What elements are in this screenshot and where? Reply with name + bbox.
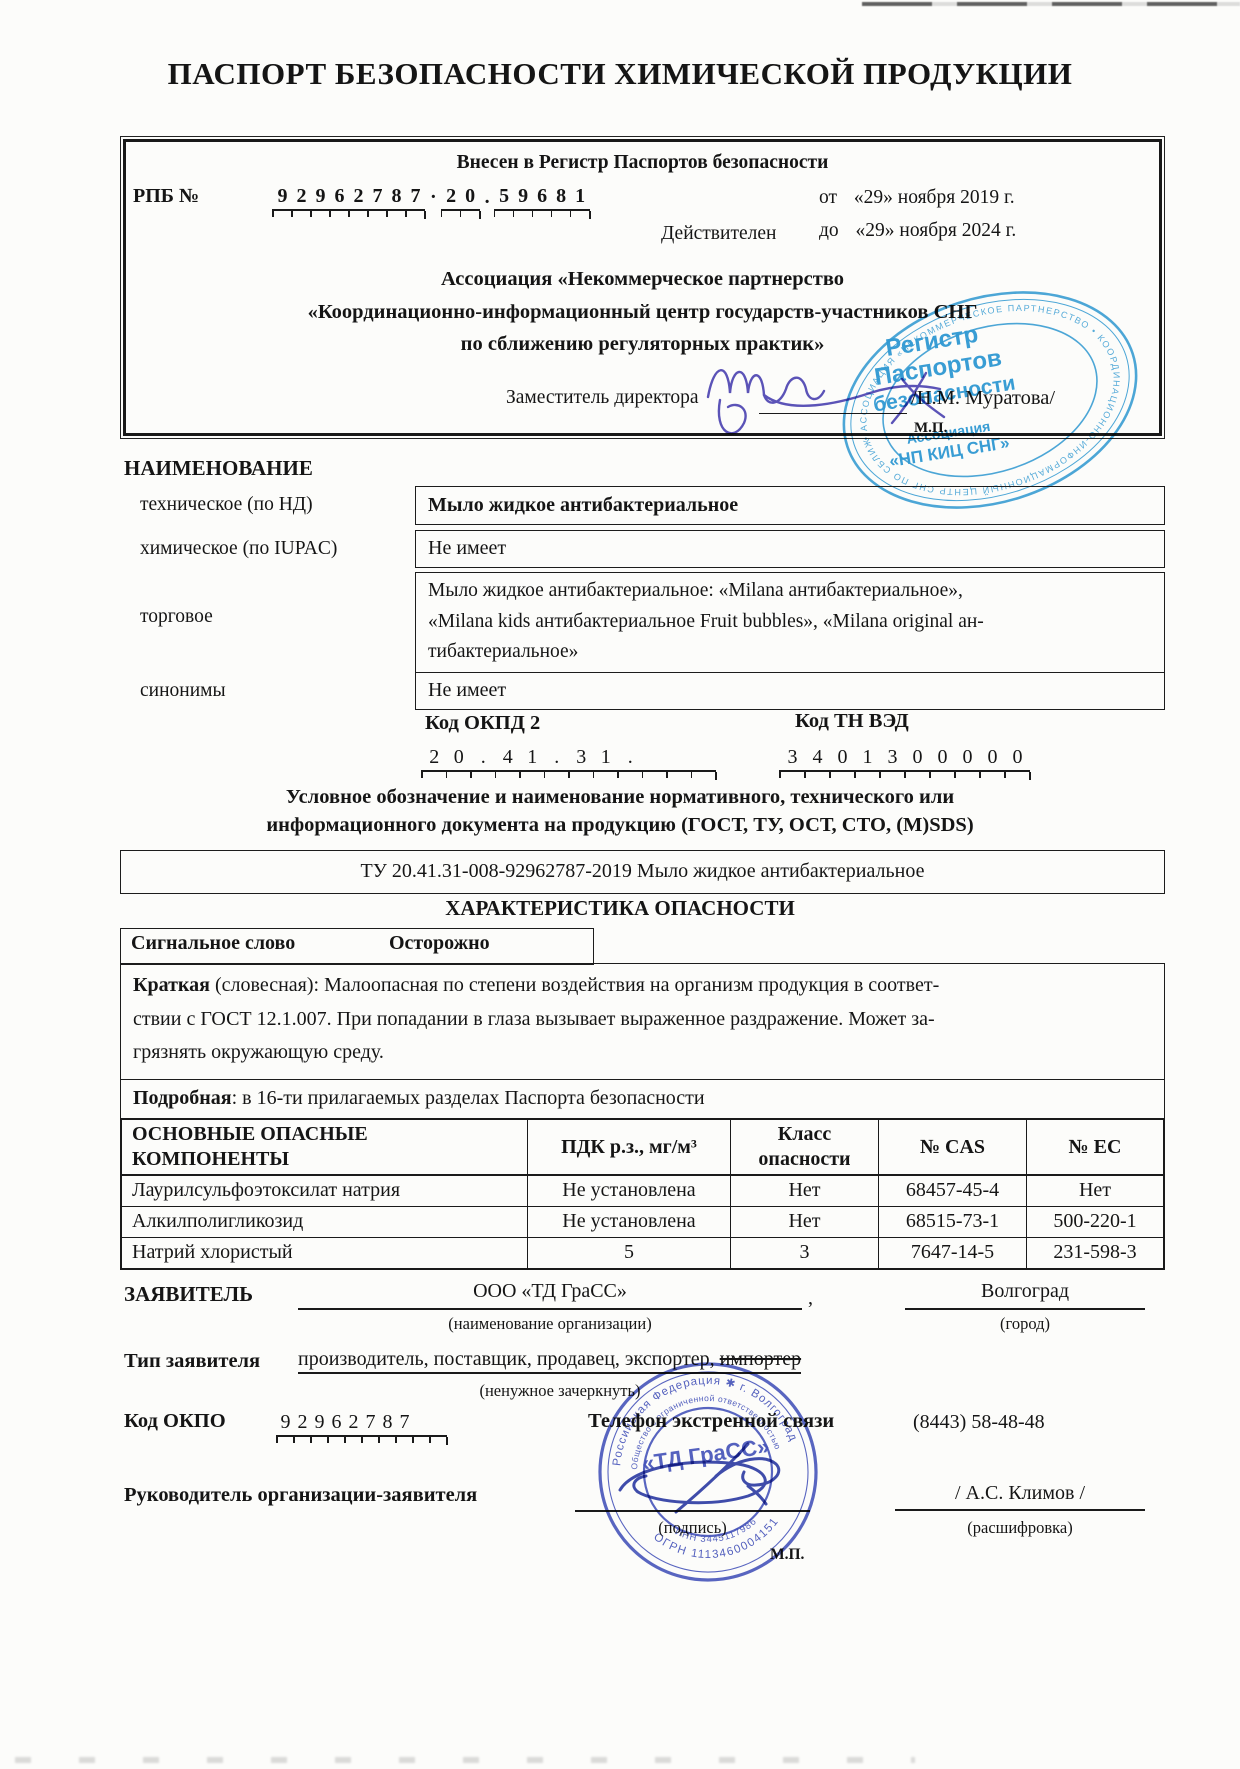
comb-cell: 2 bbox=[345, 1407, 362, 1437]
table-header-ec: № ЕС bbox=[1027, 1120, 1163, 1176]
docref-heading-line: информационного документа на продукцию (… bbox=[0, 814, 1240, 837]
table-cell: Не установлена bbox=[528, 1207, 731, 1238]
applicant-type-label: Тип заявителя bbox=[124, 1350, 260, 1373]
comb-cell: 0 bbox=[461, 181, 480, 211]
okpo-code-field: 92962787 bbox=[277, 1407, 447, 1437]
comb-cell: 1 bbox=[855, 742, 880, 772]
signal-word-box: Сигнальное слово Осторожно bbox=[120, 928, 594, 965]
comb-cell: 9 bbox=[273, 181, 292, 211]
signal-word-value: Осторожно bbox=[389, 932, 490, 955]
comb-cell: 8 bbox=[379, 1407, 396, 1437]
okpo-code-label: Код ОКПО bbox=[124, 1410, 226, 1433]
naming-value-synonyms: Не имеет bbox=[416, 673, 1164, 708]
naming-value-trade-line: Мыло жидкое антибактериальное: «Milana а… bbox=[416, 576, 1164, 607]
comb-cell: 6 bbox=[328, 1407, 345, 1437]
rpb-number-group-2: 20 bbox=[442, 181, 480, 211]
hazard-heading: ХАРАКТЕРИСТИКА ОПАСНОСТИ bbox=[0, 896, 1240, 921]
naming-value-technical: Мыло жидкое антибактериальное bbox=[416, 487, 1164, 523]
table-cell: Натрий хлористый bbox=[122, 1238, 528, 1268]
table-cell: Лаурилсульфоэтоксилат натрия bbox=[122, 1176, 528, 1207]
comb-cell: 9 bbox=[514, 181, 533, 211]
deputy-signature bbox=[690, 345, 990, 465]
okpd-code-label: Код ОКПД 2 bbox=[425, 712, 540, 735]
table-cell: Нет bbox=[731, 1176, 879, 1207]
hazard-brief-text: (словесная): Малоопасная по степени возд… bbox=[210, 974, 939, 996]
issued-date: «29» ноября 2019 г. bbox=[854, 187, 1015, 208]
hazard-brief-line: грязнять окружающую среду. bbox=[133, 1036, 1152, 1070]
comb-cell bbox=[413, 1407, 430, 1437]
comb-cell: . bbox=[618, 742, 643, 772]
naming-value-trade-line: «Milana kids антибактериальное Fruit bub… bbox=[416, 607, 1164, 638]
naming-label-chemical: химическое (по IUPAC) bbox=[140, 538, 337, 560]
emergency-phone-value: (8443) 58-48-48 bbox=[913, 1411, 1045, 1434]
okpd-code-field: 20.41.31. bbox=[422, 742, 716, 772]
rpb-number-group-3: 59681 bbox=[495, 181, 590, 211]
naming-value-chemical: Не имеет bbox=[416, 531, 1164, 566]
issued-prefix: от bbox=[819, 187, 837, 209]
table-cell: Алкилполигликозид bbox=[122, 1207, 528, 1238]
comb-cell: 2 bbox=[422, 742, 447, 772]
comb-cell: 7 bbox=[396, 1407, 413, 1437]
comb-cell: 0 bbox=[830, 742, 855, 772]
head-signature bbox=[598, 1428, 828, 1538]
comb-cell: 1 bbox=[571, 181, 590, 211]
comb-cell: 2 bbox=[442, 181, 461, 211]
applicant-label: ЗАЯВИТЕЛЬ bbox=[124, 1282, 253, 1307]
naming-value-trade-line: тибактериальное» bbox=[416, 637, 1164, 668]
hazard-brief-line: ствии с ГОСТ 12.1.007. При попадании в г… bbox=[133, 1003, 1152, 1037]
comb-cell: 1 bbox=[594, 742, 619, 772]
valid-label: Действителен bbox=[661, 223, 776, 245]
comb-cell: 0 bbox=[905, 742, 930, 772]
table-header-hazard-class: Класс опасности bbox=[731, 1120, 879, 1176]
comb-cell: 7 bbox=[406, 181, 425, 211]
rpb-separator: · bbox=[430, 186, 437, 209]
comb-cell: 9 bbox=[311, 181, 330, 211]
comb-cell: 3 bbox=[880, 742, 905, 772]
table-header-cas: № CAS bbox=[879, 1120, 1027, 1176]
hazard-brief-line: Краткая (словесная): Малоопасная по степ… bbox=[133, 969, 1152, 1003]
rpb-number-label: РПБ № bbox=[133, 185, 199, 208]
signal-word-label: Сигнальное слово bbox=[131, 932, 295, 955]
table-cell: 3 bbox=[731, 1238, 879, 1268]
rpb-separator: . bbox=[485, 186, 490, 209]
naming-label-synonyms: синонимы bbox=[140, 680, 226, 702]
deputy-director-label: Заместитель директора bbox=[506, 387, 699, 409]
comb-cell: 4 bbox=[496, 742, 521, 772]
document-page: ПАСПОРТ БЕЗОПАСНОСТИ ХИМИЧЕСКОЙ ПРОДУКЦИ… bbox=[0, 0, 1240, 1769]
issued-date-row: от «29» ноября 2019 г. bbox=[819, 187, 1015, 209]
naming-field-trade: Мыло жидкое антибактериальное: «Milana а… bbox=[415, 572, 1165, 673]
comb-cell: 2 bbox=[349, 181, 368, 211]
tnved-code-field: 3401300000 bbox=[780, 742, 1030, 772]
table-cell: 231-598-3 bbox=[1027, 1238, 1163, 1268]
valid-date-row: до «29» ноября 2024 г. bbox=[819, 220, 1016, 242]
registry-heading: Внесен в Регистр Паспортов безопасности bbox=[121, 152, 1164, 174]
table-header-pdk: ПДК р.з., мг/м³ bbox=[528, 1120, 731, 1176]
comb-cell: 0 bbox=[955, 742, 980, 772]
components-table: ОСНОВНЫЕ ОПАСНЫЕ КОМПОНЕНТЫ ПДК р.з., мг… bbox=[120, 1118, 1165, 1270]
comb-cell: 6 bbox=[533, 181, 552, 211]
docref-heading-line: Условное обозначение и наименование норм… bbox=[0, 786, 1240, 809]
head-name: / А.С. Климов / bbox=[895, 1482, 1145, 1511]
tnved-code-label: Код ТН ВЭД bbox=[795, 710, 909, 733]
city-caption: (город) bbox=[905, 1314, 1145, 1334]
comb-cell: 7 bbox=[368, 181, 387, 211]
applicant-comma: , bbox=[808, 1287, 813, 1310]
naming-field-synonyms: Не имеет bbox=[415, 672, 1165, 710]
table-cell: 7647-14-5 bbox=[879, 1238, 1027, 1268]
hazard-detailed: Подробная: в 16-ти прилагаемых разделах … bbox=[121, 1080, 1164, 1118]
comb-cell: 9 bbox=[277, 1407, 294, 1437]
rpb-number-group-1: 92962787 bbox=[273, 181, 425, 211]
valid-date: «29» ноября 2024 г. bbox=[856, 220, 1017, 241]
table-cell: 500-220-1 bbox=[1027, 1207, 1163, 1238]
comb-cell: 6 bbox=[330, 181, 349, 211]
table-cell: Нет bbox=[1027, 1176, 1163, 1207]
comb-cell bbox=[430, 1407, 447, 1437]
hazard-brief-label: Краткая bbox=[133, 974, 210, 996]
comb-cell: 3 bbox=[780, 742, 805, 772]
naming-field-technical: Мыло жидкое антибактериальное bbox=[415, 486, 1165, 525]
naming-field-chemical: Не имеет bbox=[415, 530, 1165, 568]
comb-cell: . bbox=[545, 742, 570, 772]
comb-cell: 0 bbox=[980, 742, 1005, 772]
comb-cell bbox=[667, 742, 692, 772]
page-title: ПАСПОРТ БЕЗОПАСНОСТИ ХИМИЧЕСКОЙ ПРОДУКЦИ… bbox=[0, 56, 1240, 92]
docref-value-box: ТУ 20.41.31-008-92962787-2019 Мыло жидко… bbox=[120, 850, 1165, 894]
table-cell: Нет bbox=[731, 1207, 879, 1238]
comb-cell bbox=[643, 742, 668, 772]
applicant-city: Волгоград bbox=[905, 1280, 1145, 1310]
comb-cell: 8 bbox=[387, 181, 406, 211]
rpb-number-field: 92962787 · 20 . 59681 bbox=[273, 181, 590, 211]
comb-cell: 0 bbox=[930, 742, 955, 772]
comb-cell: 8 bbox=[552, 181, 571, 211]
comb-cell: 7 bbox=[362, 1407, 379, 1437]
comb-cell: 2 bbox=[294, 1407, 311, 1437]
name-caption: (расшифровка) bbox=[895, 1518, 1145, 1538]
valid-prefix: до bbox=[819, 220, 839, 242]
table-cell: Не установлена bbox=[528, 1176, 731, 1207]
hazard-detailed-label: Подробная bbox=[133, 1087, 232, 1109]
comb-cell: 3 bbox=[569, 742, 594, 772]
scan-artifact-bottom bbox=[15, 1757, 915, 1763]
comb-cell: 5 bbox=[495, 181, 514, 211]
comb-cell: 1 bbox=[520, 742, 545, 772]
naming-heading: НАИМЕНОВАНИЕ bbox=[124, 456, 313, 481]
hazard-brief: Краткая (словесная): Малоопасная по степ… bbox=[121, 964, 1164, 1080]
comb-cell: 4 bbox=[805, 742, 830, 772]
applicant-organization: ООО «ТД ГраСС» bbox=[298, 1280, 802, 1310]
comb-cell: 0 bbox=[1005, 742, 1030, 772]
table-cell: 68515-73-1 bbox=[879, 1207, 1027, 1238]
comb-cell bbox=[692, 742, 717, 772]
naming-label-technical: техническое (по НД) bbox=[140, 494, 313, 516]
comb-cell: 2 bbox=[292, 181, 311, 211]
naming-label-trade: торговое bbox=[140, 606, 213, 628]
table-cell: 5 bbox=[528, 1238, 731, 1268]
organization-caption: (наименование организации) bbox=[298, 1314, 802, 1334]
comb-cell: 0 bbox=[447, 742, 472, 772]
head-of-organization-label: Руководитель организации-заявителя bbox=[124, 1484, 477, 1507]
comb-cell: 9 bbox=[311, 1407, 328, 1437]
hazard-detailed-text: : в 16-ти прилагаемых разделах Паспорта … bbox=[232, 1087, 705, 1109]
table-header-components: ОСНОВНЫЕ ОПАСНЫЕ КОМПОНЕНТЫ bbox=[122, 1120, 528, 1176]
comb-cell: . bbox=[471, 742, 496, 772]
hazard-description-box: Краткая (словесная): Малоопасная по степ… bbox=[120, 963, 1165, 1119]
table-cell: 68457-45-4 bbox=[879, 1176, 1027, 1207]
scan-artifact-top bbox=[862, 2, 1240, 6]
